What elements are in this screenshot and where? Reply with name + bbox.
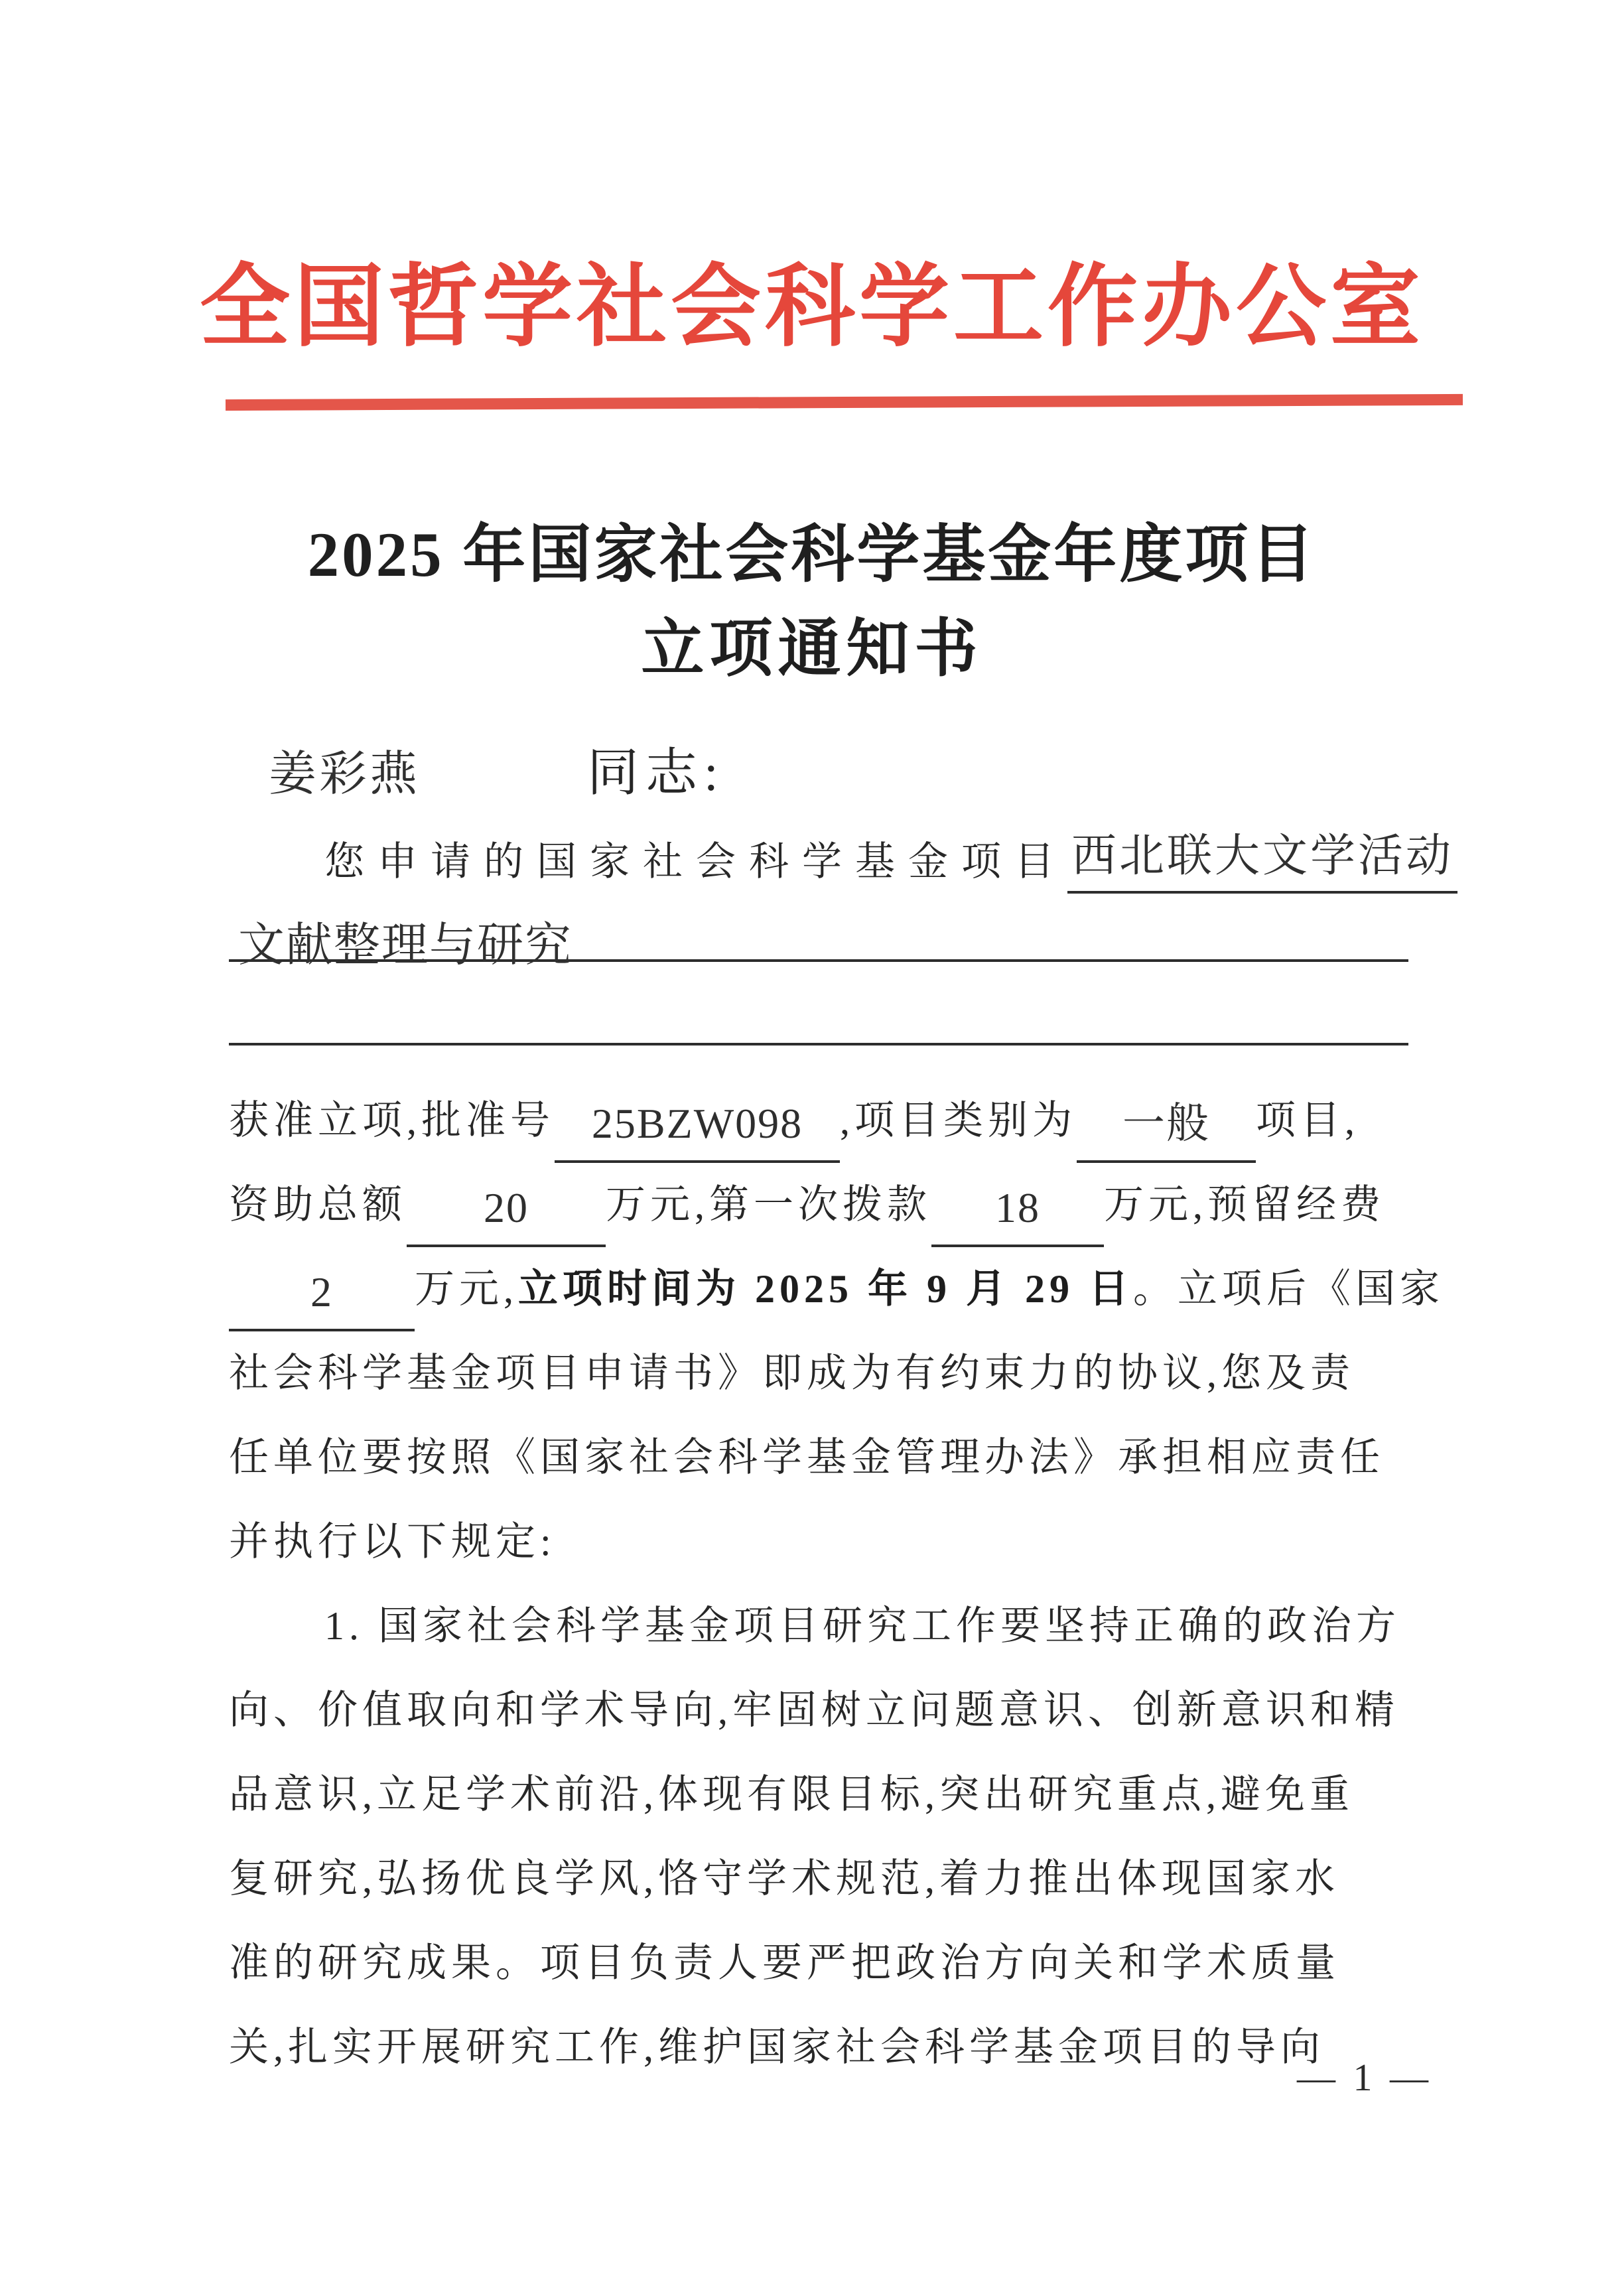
first-payment-value: 18 [995, 1184, 1040, 1231]
body-line-8: 向、价值取向和学术导向,牢固树立问题意识、创新意识和精 [229, 1668, 1423, 1753]
notice-document-page: 全国哲学社会科学工作办公室 2025 年国家社会科学基金年度项目 立项通知书 姜… [0, 0, 1624, 2292]
body-line-9: 品意识,立足学术前沿,体现有限目标,突出研究重点,避免重 [229, 1753, 1423, 1837]
intro-line: 您申请的国家社会科学基金项目西北联大文学活动 [324, 824, 1457, 898]
project-title-fill-part1: 西北联大文学活动 [1067, 820, 1457, 894]
body-text: 项目, [1256, 1099, 1359, 1142]
intro-lead-text: 您申请的国家社会科学基金项目 [324, 840, 1067, 884]
doc-title-line2: 立项通知书 [0, 598, 1624, 689]
salutation-suffix: 同志: [587, 744, 725, 801]
project-category-field: 一般 [1077, 1087, 1256, 1163]
project-category-value: 一般 [1122, 1100, 1210, 1147]
body-line-11: 准的研究成果。项目负责人要严把政治方向关和学术质量 [229, 1921, 1423, 2005]
project-title-fill-line: 文献整理与研究 [229, 908, 1408, 962]
body-text: 资助总额 [229, 1183, 407, 1227]
page-number: — 1 — [1288, 2055, 1441, 2100]
doc-title-line1: 2025 年国家社会科学基金年度项目 [0, 504, 1624, 594]
reserved-funds-value: 2 [310, 1268, 333, 1315]
recipient-name: 姜彩燕 [269, 748, 420, 801]
body-text: 万元, [415, 1267, 518, 1311]
body-text: 获准立项,批准号 [229, 1099, 555, 1142]
org-letterhead: 全国哲学社会科学工作办公室 [0, 234, 1624, 364]
body-line-12: 关,扎实开展研究工作,维护国家社会科学基金项目的导向 [229, 2005, 1423, 2090]
body-paragraphs: 获准立项,批准号25BZW098,项目类别为一般项目, 资助总额20万元,第一次… [229, 1079, 1423, 2090]
approval-date-text: 立项时间为 2025 年 9 月 29 日 [518, 1267, 1133, 1311]
grant-number-field: 25BZW098 [555, 1087, 840, 1163]
total-funding-value: 20 [484, 1184, 529, 1231]
grant-number-value: 25BZW098 [592, 1100, 803, 1147]
letterhead-rule [226, 394, 1463, 411]
salutation-line: 姜彩燕同志: [269, 731, 725, 805]
first-payment-field: 18 [931, 1172, 1104, 1247]
body-line-7: 1. 国家社会科学基金项目研究工作要坚持正确的政治方 [229, 1584, 1423, 1668]
body-line-3: 2万元,立项时间为 2025 年 9 月 29 日。立项后《国家 [229, 1247, 1423, 1331]
blank-fill-line [229, 991, 1408, 1045]
body-line-10: 复研究,弘扬优良学风,恪守学术规范,着力推出体现国家水 [229, 1837, 1423, 1921]
body-line-5: 任单位要按照《国家社会科学基金管理办法》承担相应责任 [229, 1416, 1423, 1500]
total-funding-field: 20 [407, 1172, 606, 1247]
body-text: 万元,预留经费 [1104, 1183, 1385, 1227]
body-line-2: 资助总额20万元,第一次拨款18万元,预留经费 [229, 1163, 1423, 1247]
reserved-funds-field: 2 [229, 1256, 415, 1331]
body-text: 万元,第一次拨款 [606, 1183, 931, 1227]
body-text: ,项目类别为 [840, 1099, 1077, 1142]
body-text: 。立项后《国家 [1133, 1267, 1444, 1311]
body-line-6: 并执行以下规定: [229, 1500, 1423, 1584]
body-line-1: 获准立项,批准号25BZW098,项目类别为一般项目, [229, 1079, 1423, 1163]
body-line-4: 社会科学基金项目申请书》即成为有约束力的协议,您及责 [229, 1331, 1423, 1416]
project-title-fill-part2: 文献整理与研究 [229, 920, 573, 971]
